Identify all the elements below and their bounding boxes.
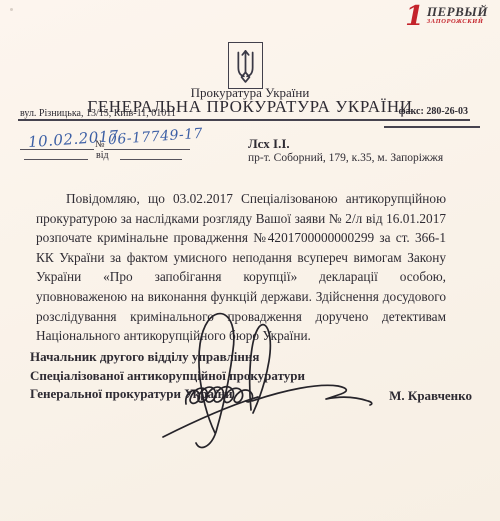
vid-label: від <box>96 150 109 161</box>
fax-underline <box>384 126 480 128</box>
org-address: вул. Різницька, 13/15, Київ-11, 01011 <box>20 108 176 119</box>
addressee-address: пр-т. Соборний, 179, к.35, м. Запоріжжя <box>248 152 443 164</box>
org-fax: факс: 280-26-03 <box>399 106 468 117</box>
signer-name: М. Кравченко <box>389 388 472 404</box>
watermark-region-name: ЗАПОРОЖСКИЙ <box>427 18 484 26</box>
watermark-channel-name: ПЕРВЫЙ <box>427 5 488 18</box>
header-rule <box>18 119 470 121</box>
blank-line <box>120 159 182 160</box>
watermark-one-digit: 1 <box>405 5 424 29</box>
handwritten-signature <box>140 293 390 458</box>
handwritten-date: 10.02.2017 <box>27 127 119 151</box>
blank-line <box>24 159 88 160</box>
blank-line <box>20 149 94 150</box>
addressee-name: Лсх І.І. <box>248 136 290 152</box>
scan-artifact <box>10 8 13 11</box>
channel-watermark: 1 ПЕРВЫЙ ЗАПОРОЖСКИЙ <box>405 5 488 29</box>
blank-line <box>104 149 190 150</box>
scanned-letter-page: 1 ПЕРВЫЙ ЗАПОРОЖСКИЙ Прокуратура України… <box>0 0 500 521</box>
handwritten-ref-number: 06-17749-17 <box>108 126 204 149</box>
ukraine-trident-icon <box>228 42 263 89</box>
